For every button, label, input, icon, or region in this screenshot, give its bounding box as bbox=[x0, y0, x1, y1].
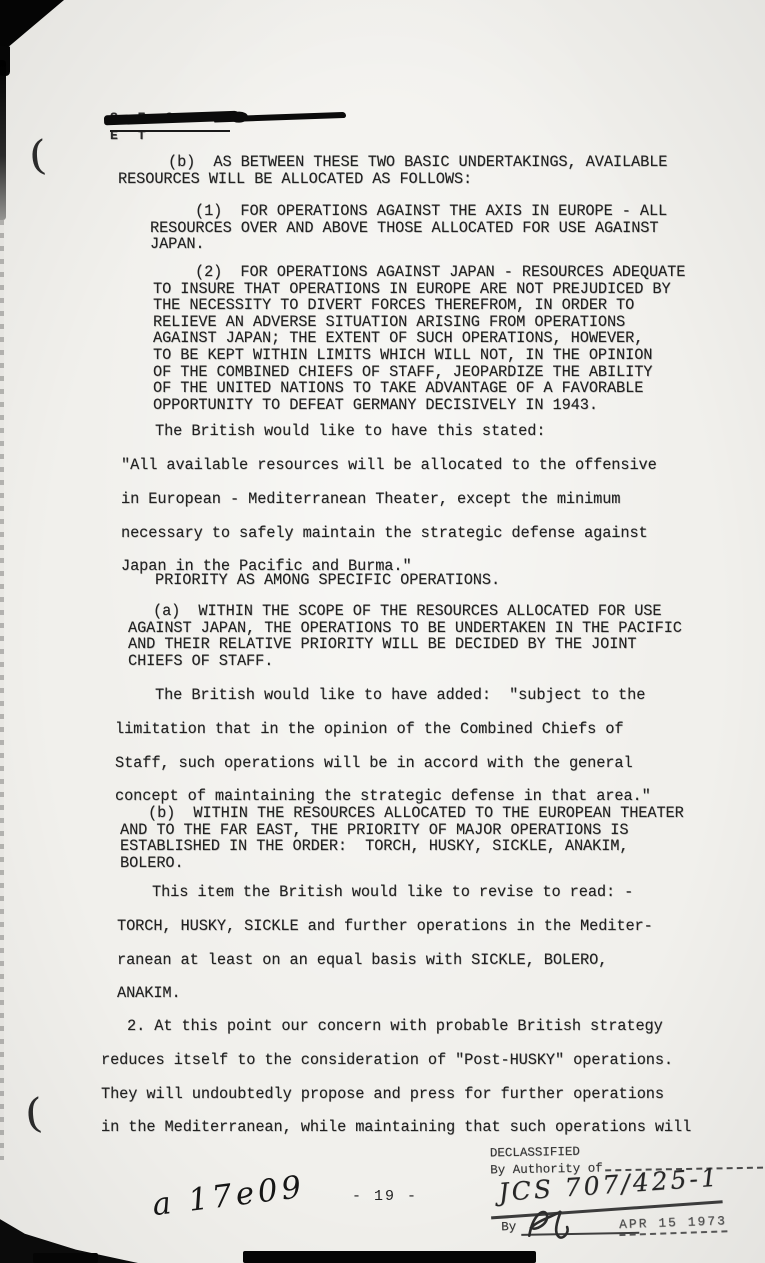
paragraph-b: (b) AS BETWEEN THESE TWO BASIC UNDERTAKI… bbox=[118, 154, 667, 187]
scan-artifact-left-edge-faint bbox=[0, 220, 4, 1160]
paragraph-british-stated: The British would like to have this stat… bbox=[120, 415, 545, 449]
classification-stamp-secret: S E C R E T bbox=[110, 108, 232, 132]
scan-artifact-bottom-band-2 bbox=[243, 1251, 536, 1263]
paragraph-british-added: The British would like to have added: "s… bbox=[115, 679, 651, 814]
declassified-title: DECLASSIFIED bbox=[490, 1145, 580, 1161]
paragraph-this-item: This item the British would like to revi… bbox=[117, 876, 653, 1011]
by-row: By APR 15 1973 bbox=[501, 1216, 763, 1236]
paragraph-b2: (b) WITHIN THE RESOURCES ALLOCATED TO TH… bbox=[120, 805, 684, 871]
declassified-date-stamp: APR 15 1973 bbox=[619, 1213, 727, 1236]
paragraph-1: (1) FOR OPERATIONS AGAINST THE AXIS IN E… bbox=[150, 203, 667, 253]
scan-artifact-bottom-band-1 bbox=[33, 1253, 98, 1263]
classification-underline bbox=[110, 130, 230, 132]
handwritten-file-code: a 17e09 bbox=[150, 1169, 307, 1223]
paragraph-2: (2) FOR OPERATIONS AGAINST JAPAN - RESOU… bbox=[153, 264, 685, 413]
paragraph-quote-all-resources: "All available resources will be allocat… bbox=[121, 449, 657, 584]
by-label: By bbox=[501, 1220, 516, 1234]
declassification-stamp: DECLASSIFIED By Authority of JCS 707/425… bbox=[490, 1142, 763, 1179]
pen-paren-mark-top: ( bbox=[27, 132, 48, 179]
scan-artifact-left-edge-dark bbox=[0, 60, 6, 220]
heading-priority-operations: PRIORITY AS AMONG SPECIFIC OPERATIONS. bbox=[155, 572, 500, 589]
paragraph-point-2: 2. At this point our concern with probab… bbox=[101, 1010, 691, 1145]
pen-paren-mark-bottom: ( bbox=[23, 1090, 44, 1137]
page-number: - 19 - bbox=[352, 1188, 418, 1205]
handwritten-initials-scribble bbox=[523, 1205, 576, 1244]
scanned-document-page: S E C R E T ( ( (b) AS BETWEEN THESE TWO… bbox=[0, 0, 765, 1263]
paragraph-a: (a) WITHIN THE SCOPE OF THE RESOURCES AL… bbox=[128, 603, 682, 669]
